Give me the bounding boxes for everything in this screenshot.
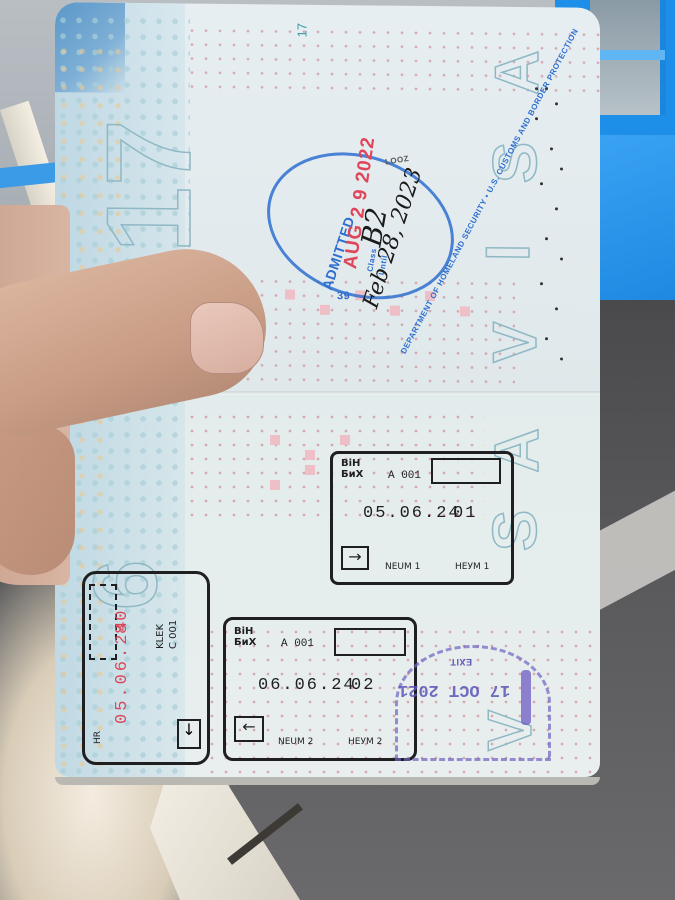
bih-exit-stamp-neum1: BiH БиХ A 001 05.06.24 01 → NEUM 1 НЕУМ … bbox=[330, 451, 514, 585]
stamp-country-cyrillic: БиХ bbox=[234, 637, 256, 648]
stamp-country-cyrillic: БиХ bbox=[341, 469, 363, 480]
bus-icon bbox=[431, 458, 501, 484]
stamp-sequence: 02 bbox=[351, 676, 375, 695]
page-edges bbox=[55, 777, 600, 785]
stamp-code: A 001 bbox=[388, 470, 421, 482]
stamp-sequence: 80 bbox=[113, 608, 132, 634]
stamp-label: EXIT bbox=[450, 657, 472, 667]
booth-railing bbox=[590, 50, 665, 60]
bih-entry-stamp-neum2: BiH БиХ A 001 06.06.24 02 ← NEUM 2 НЕУМ … bbox=[223, 617, 417, 761]
photo-scene: 17 17 A S I V DEPARTMENT OF HOMELAND SEC… bbox=[0, 0, 675, 900]
page-number: 17 bbox=[295, 23, 310, 38]
stamp-country-latin: BiH bbox=[234, 626, 256, 637]
country-code: HR bbox=[93, 731, 103, 744]
stamp-place-latin: NEUM 2 bbox=[278, 737, 313, 747]
stamp-code: A 001 bbox=[281, 638, 314, 650]
car-icon bbox=[334, 628, 406, 656]
stamp-date: 05.06.24 bbox=[113, 618, 132, 724]
page-watermark-number: 17 bbox=[80, 119, 218, 254]
thumbnail bbox=[190, 302, 264, 374]
stamp-place-latin: NEUM 1 bbox=[385, 562, 420, 572]
croatia-stamp-klek: 05.06.24 80 KLEK C 001 HR ↓ bbox=[82, 571, 210, 765]
stamp-code: C 001 bbox=[168, 620, 179, 649]
stamp-date: 17 OCT 2021 bbox=[398, 680, 510, 699]
stamp-place-cyrillic: НЕУМ 1 bbox=[455, 562, 489, 572]
visa-watermark-letter: V bbox=[480, 321, 551, 363]
stamp-date: 06.06.24 bbox=[258, 676, 356, 695]
entry-arrow-icon: ← bbox=[234, 716, 264, 742]
stamp-port-code: 39 bbox=[337, 290, 350, 302]
ink-mark bbox=[521, 670, 531, 725]
exit-arrow-icon: → bbox=[341, 546, 369, 570]
stamp-date: 05.06.24 bbox=[363, 504, 461, 523]
stamp-sequence: 01 bbox=[453, 504, 477, 523]
entry-arrow-icon: ↓ bbox=[177, 719, 201, 749]
visa-watermark-letter: I bbox=[473, 243, 544, 261]
stamp-country-latin: BiH bbox=[341, 458, 363, 469]
stamp-place-cyrillic: НЕУМ 2 bbox=[348, 737, 382, 747]
passport-page-bottom: 6 V S A BiH БиХ A 001 05.06.24 01 → NEUM… bbox=[55, 395, 600, 777]
stamp-place: KLEK bbox=[155, 624, 166, 649]
finger bbox=[0, 425, 75, 575]
